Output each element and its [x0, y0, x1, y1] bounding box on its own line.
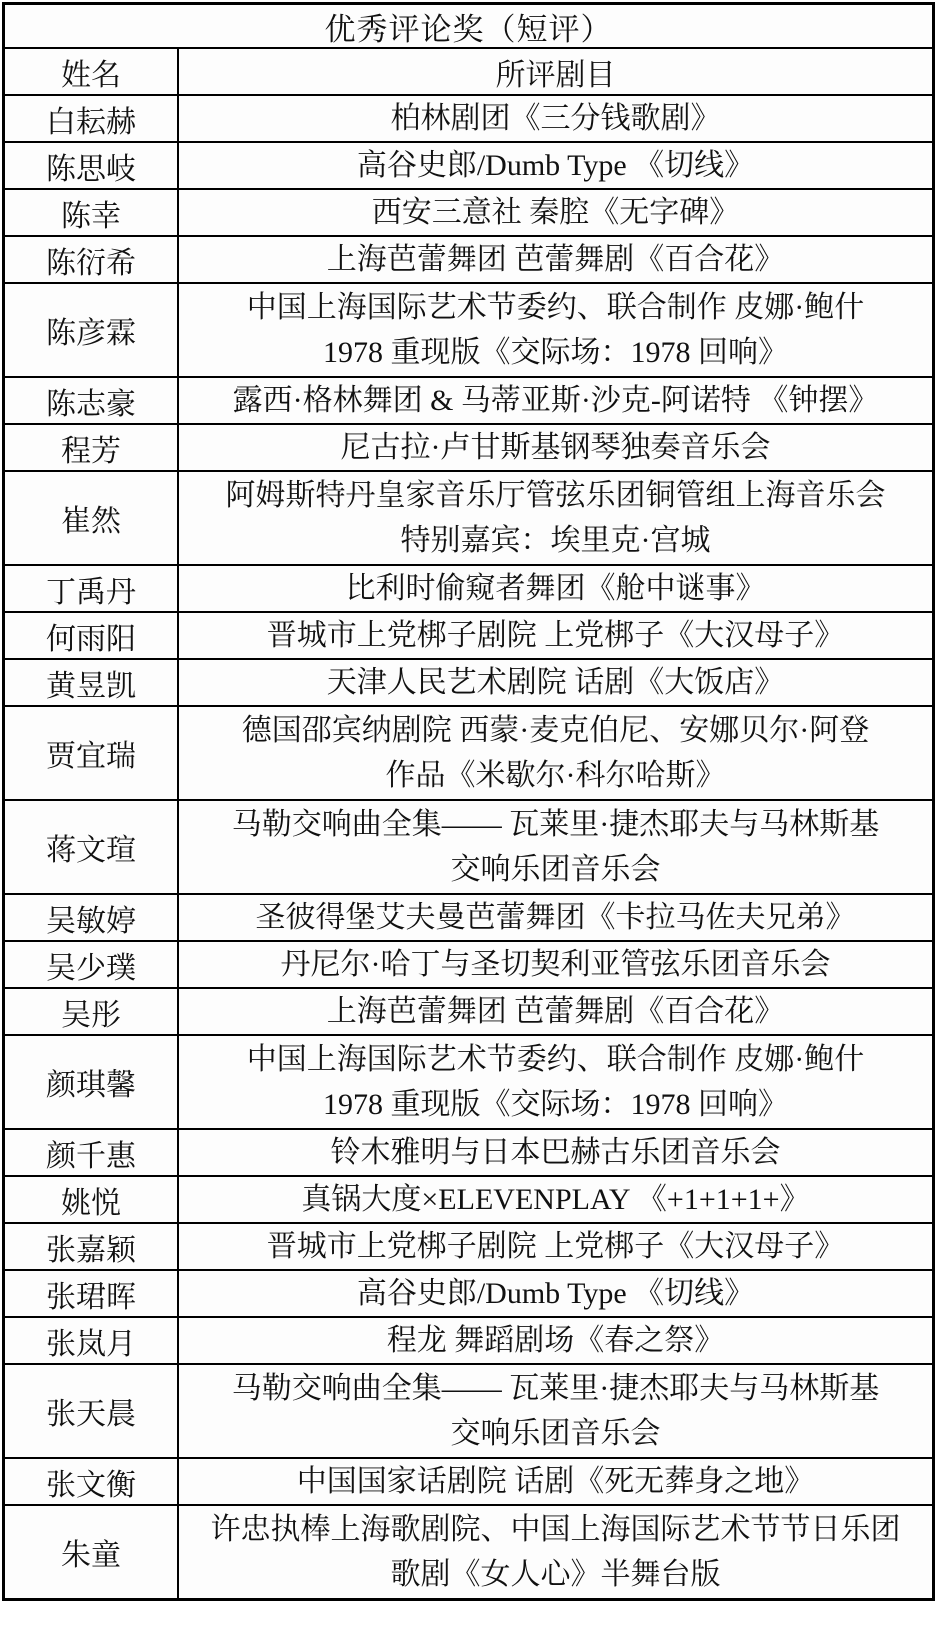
header-row: 姓名 所评剧目	[5, 47, 932, 94]
work-cell: 马勒交响曲全集—— 瓦莱里·捷杰耶夫与马林斯基交响乐团音乐会	[179, 801, 932, 893]
work-cell: 尼古拉·卢甘斯基钢琴独奏音乐会	[179, 425, 932, 470]
table-row: 吴少璞丹尼尔·哈丁与圣切契利亚管弦乐团音乐会	[5, 940, 932, 987]
name-cell: 张岚月	[5, 1318, 179, 1363]
table-row: 蒋文瑄马勒交响曲全集—— 瓦莱里·捷杰耶夫与马林斯基交响乐团音乐会	[5, 799, 932, 893]
name-cell: 张珺晖	[5, 1271, 179, 1316]
name-cell: 颜千惠	[5, 1130, 179, 1175]
table-row: 吴敏婷圣彼得堡艾夫曼芭蕾舞团《卡拉马佐夫兄弟》	[5, 893, 932, 940]
name-cell: 蒋文瑄	[5, 801, 179, 893]
work-cell: 马勒交响曲全集—— 瓦莱里·捷杰耶夫与马林斯基交响乐团音乐会	[179, 1365, 932, 1457]
work-cell: 中国国家话剧院 话剧《死无葬身之地》	[179, 1459, 932, 1504]
name-cell: 程芳	[5, 425, 179, 470]
work-line: 上海芭蕾舞团 芭蕾舞剧《百合花》	[327, 989, 785, 1034]
table-row: 张文衡中国国家话剧院 话剧《死无葬身之地》	[5, 1457, 932, 1504]
table-row: 何雨阳晋城市上党梆子剧院 上党梆子《大汉母子》	[5, 611, 932, 658]
table-row: 颜琪馨中国上海国际艺术节委约、联合制作 皮娜·鲍什1978 重现版《交际场：19…	[5, 1034, 932, 1128]
work-line: 1978 重现版《交际场：1978 回响》	[323, 330, 788, 375]
name-cell: 张文衡	[5, 1459, 179, 1504]
work-cell: 上海芭蕾舞团 芭蕾舞剧《百合花》	[179, 237, 932, 282]
work-line: 阿姆斯特丹皇家音乐厅管弦乐团铜管组上海音乐会	[226, 473, 886, 518]
name-cell: 何雨阳	[5, 613, 179, 658]
name-cell: 吴敏婷	[5, 895, 179, 940]
name-cell: 颜琪馨	[5, 1036, 179, 1128]
work-line: 特别嘉宾：埃里克·宫城	[401, 518, 711, 563]
work-line: 比利时偷窥者舞团《舱中谜事》	[346, 566, 766, 611]
table-row: 陈彦霖中国上海国际艺术节委约、联合制作 皮娜·鲍什1978 重现版《交际场：19…	[5, 282, 932, 376]
name-cell: 陈思岐	[5, 143, 179, 188]
table-body: 白耘赫柏林剧团《三分钱歌剧》陈思岐高谷史郎/Dumb Type 《切线》陈幸西安…	[5, 94, 932, 1598]
table-row: 张嘉颖晋城市上党梆子剧院 上党梆子《大汉母子》	[5, 1222, 932, 1269]
work-line: 丹尼尔·哈丁与圣切契利亚管弦乐团音乐会	[281, 942, 831, 987]
work-line: 马勒交响曲全集—— 瓦莱里·捷杰耶夫与马林斯基	[232, 1366, 880, 1411]
table-row: 姚悦真锅大度×ELEVENPLAY 《+1+1+1+》	[5, 1175, 932, 1222]
name-cell: 张天晨	[5, 1365, 179, 1457]
name-cell: 崔然	[5, 472, 179, 564]
table-row: 颜千惠铃木雅明与日本巴赫古乐团音乐会	[5, 1128, 932, 1175]
work-line: 上海芭蕾舞团 芭蕾舞剧《百合花》	[327, 237, 785, 282]
work-cell: 比利时偷窥者舞团《舱中谜事》	[179, 566, 932, 611]
work-line: 交响乐团音乐会	[451, 1411, 661, 1456]
name-cell: 姚悦	[5, 1177, 179, 1222]
name-cell: 吴彤	[5, 989, 179, 1034]
work-cell: 西安三意社 秦腔《无字碑》	[179, 190, 932, 235]
work-line: 德国邵宾纳剧院 西蒙·麦克伯尼、安娜贝尔·阿登	[242, 708, 869, 753]
work-cell: 高谷史郎/Dumb Type 《切线》	[179, 143, 932, 188]
work-line: 铃木雅明与日本巴赫古乐团音乐会	[331, 1130, 781, 1175]
work-line: 许忠执棒上海歌剧院、中国上海国际艺术节节日乐团	[211, 1507, 901, 1552]
work-cell: 程龙 舞蹈剧场《春之祭》	[179, 1318, 932, 1363]
table-row: 陈思岐高谷史郎/Dumb Type 《切线》	[5, 141, 932, 188]
work-cell: 中国上海国际艺术节委约、联合制作 皮娜·鲍什1978 重现版《交际场：1978 …	[179, 284, 932, 376]
name-cell: 丁禹丹	[5, 566, 179, 611]
table-row: 陈志豪露西·格林舞团 & 马蒂亚斯·沙克-阿诺特 《钟摆》	[5, 376, 932, 423]
table-row: 张珺晖高谷史郎/Dumb Type 《切线》	[5, 1269, 932, 1316]
work-cell: 丹尼尔·哈丁与圣切契利亚管弦乐团音乐会	[179, 942, 932, 987]
work-line: 柏林剧团《三分钱歌剧》	[391, 96, 721, 141]
work-cell: 阿姆斯特丹皇家音乐厅管弦乐团铜管组上海音乐会特别嘉宾：埃里克·宫城	[179, 472, 932, 564]
name-cell: 陈志豪	[5, 378, 179, 423]
work-line: 中国国家话剧院 话剧《死无葬身之地》	[297, 1459, 815, 1504]
work-cell: 铃木雅明与日本巴赫古乐团音乐会	[179, 1130, 932, 1175]
table-row: 陈幸西安三意社 秦腔《无字碑》	[5, 188, 932, 235]
name-cell: 陈衍希	[5, 237, 179, 282]
work-cell: 中国上海国际艺术节委约、联合制作 皮娜·鲍什1978 重现版《交际场：1978 …	[179, 1036, 932, 1128]
work-line: 交响乐团音乐会	[451, 847, 661, 892]
work-line: 晋城市上党梆子剧院 上党梆子《大汉母子》	[267, 613, 845, 658]
name-cell: 朱童	[5, 1506, 179, 1598]
work-cell: 晋城市上党梆子剧院 上党梆子《大汉母子》	[179, 1224, 932, 1269]
work-cell: 圣彼得堡艾夫曼芭蕾舞团《卡拉马佐夫兄弟》	[179, 895, 932, 940]
work-cell: 许忠执棒上海歌剧院、中国上海国际艺术节节日乐团歌剧《女人心》半舞台版	[179, 1506, 932, 1598]
table-row: 丁禹丹比利时偷窥者舞团《舱中谜事》	[5, 564, 932, 611]
work-line: 中国上海国际艺术节委约、联合制作 皮娜·鲍什	[247, 1037, 865, 1082]
work-line: 西安三意社 秦腔《无字碑》	[372, 190, 740, 235]
work-line: 作品《米歇尔·科尔哈斯》	[386, 753, 726, 798]
name-cell: 贾宜瑞	[5, 707, 179, 799]
table-row: 黄昱凯天津人民艺术剧院 话剧《大饭店》	[5, 658, 932, 705]
work-line: 歌剧《女人心》半舞台版	[391, 1552, 721, 1597]
work-line: 1978 重现版《交际场：1978 回响》	[323, 1082, 788, 1127]
name-cell: 张嘉颖	[5, 1224, 179, 1269]
table-row: 贾宜瑞德国邵宾纳剧院 西蒙·麦克伯尼、安娜贝尔·阿登作品《米歇尔·科尔哈斯》	[5, 705, 932, 799]
name-cell: 黄昱凯	[5, 660, 179, 705]
work-cell: 晋城市上党梆子剧院 上党梆子《大汉母子》	[179, 613, 932, 658]
work-cell: 柏林剧团《三分钱歌剧》	[179, 96, 932, 141]
work-line: 晋城市上党梆子剧院 上党梆子《大汉母子》	[267, 1224, 845, 1269]
work-cell: 真锅大度×ELEVENPLAY 《+1+1+1+》	[179, 1177, 932, 1222]
work-cell: 上海芭蕾舞团 芭蕾舞剧《百合花》	[179, 989, 932, 1034]
work-line: 天津人民艺术剧院 话剧《大饭店》	[327, 660, 785, 705]
table-row: 吴彤上海芭蕾舞团 芭蕾舞剧《百合花》	[5, 987, 932, 1034]
work-line: 尼古拉·卢甘斯基钢琴独奏音乐会	[341, 425, 771, 470]
table-row: 陈衍希上海芭蕾舞团 芭蕾舞剧《百合花》	[5, 235, 932, 282]
name-cell: 白耘赫	[5, 96, 179, 141]
table-row: 朱童许忠执棒上海歌剧院、中国上海国际艺术节节日乐团歌剧《女人心》半舞台版	[5, 1504, 932, 1598]
table-row: 张天晨马勒交响曲全集—— 瓦莱里·捷杰耶夫与马林斯基交响乐团音乐会	[5, 1363, 932, 1457]
work-line: 露西·格林舞团 & 马蒂亚斯·沙克-阿诺特 《钟摆》	[233, 378, 879, 423]
awards-table: 优秀评论奖（短评） 姓名 所评剧目 白耘赫柏林剧团《三分钱歌剧》陈思岐高谷史郎/…	[2, 2, 935, 1601]
work-line: 高谷史郎/Dumb Type 《切线》	[357, 1271, 754, 1316]
table-row: 崔然阿姆斯特丹皇家音乐厅管弦乐团铜管组上海音乐会特别嘉宾：埃里克·宫城	[5, 470, 932, 564]
table-row: 张岚月程龙 舞蹈剧场《春之祭》	[5, 1316, 932, 1363]
header-name-cell: 姓名	[5, 49, 179, 94]
name-cell: 吴少璞	[5, 942, 179, 987]
table-row: 程芳尼古拉·卢甘斯基钢琴独奏音乐会	[5, 423, 932, 470]
header-works-cell: 所评剧目	[179, 49, 932, 94]
work-line: 高谷史郎/Dumb Type 《切线》	[357, 143, 754, 188]
work-cell: 天津人民艺术剧院 话剧《大饭店》	[179, 660, 932, 705]
work-cell: 露西·格林舞团 & 马蒂亚斯·沙克-阿诺特 《钟摆》	[179, 378, 932, 423]
table-title: 优秀评论奖（短评）	[5, 5, 932, 47]
work-line: 真锅大度×ELEVENPLAY 《+1+1+1+》	[301, 1177, 809, 1222]
work-line: 圣彼得堡艾夫曼芭蕾舞团《卡拉马佐夫兄弟》	[256, 895, 856, 940]
work-line: 程龙 舞蹈剧场《春之祭》	[387, 1318, 725, 1363]
work-line: 中国上海国际艺术节委约、联合制作 皮娜·鲍什	[247, 285, 865, 330]
name-cell: 陈彦霖	[5, 284, 179, 376]
work-cell: 德国邵宾纳剧院 西蒙·麦克伯尼、安娜贝尔·阿登作品《米歇尔·科尔哈斯》	[179, 707, 932, 799]
work-cell: 高谷史郎/Dumb Type 《切线》	[179, 1271, 932, 1316]
work-line: 马勒交响曲全集—— 瓦莱里·捷杰耶夫与马林斯基	[232, 802, 880, 847]
table-row: 白耘赫柏林剧团《三分钱歌剧》	[5, 94, 932, 141]
name-cell: 陈幸	[5, 190, 179, 235]
